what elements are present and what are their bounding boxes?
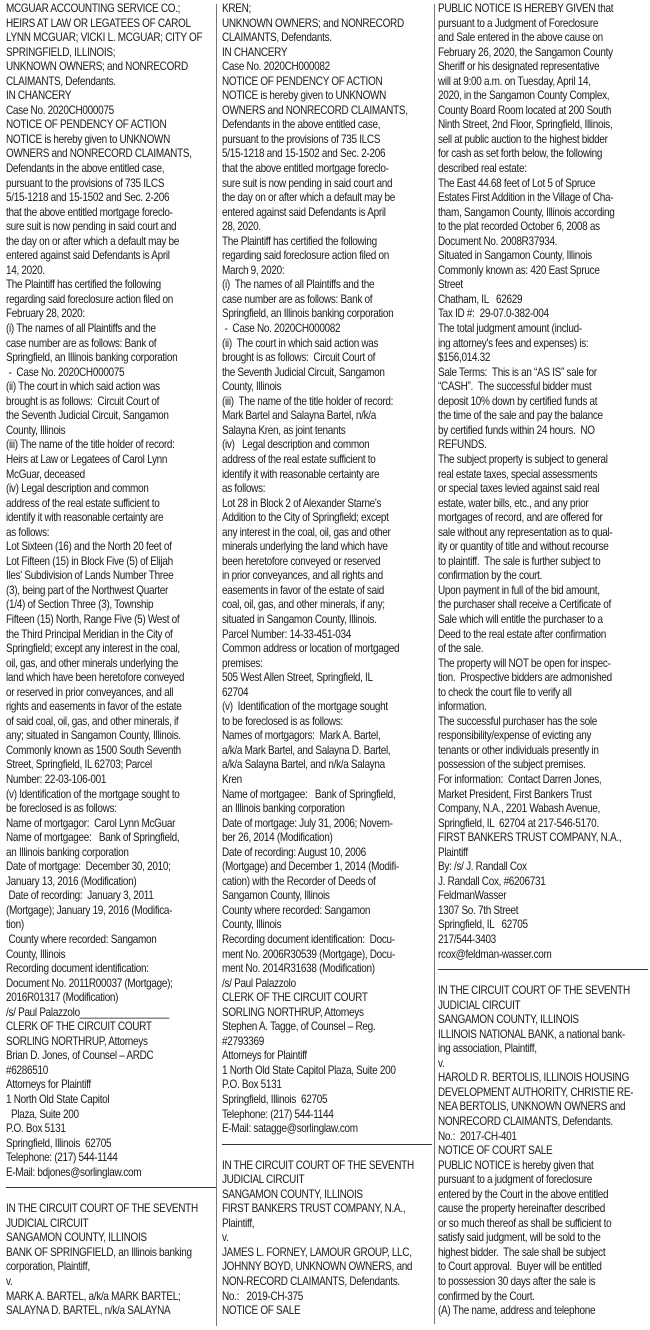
legal-notice: IN THE CIRCUIT COURT OF THE SEVENTHJUDIC… [222,1159,432,1319]
notice-text: described real estate: [438,162,527,177]
notice-text-line: of said coal, oil, gas, and other minera… [6,715,216,730]
notice-text-line: SORLING NORTHRUP, Attorneys [6,1035,216,1050]
notice-text: - Case No. 2020CH000082 [222,322,340,337]
notice-text: Springfield, an Illinois banking corpora… [6,351,177,366]
notice-text: Case No. 2020CH000082 [222,60,330,75]
notice-text-line: the day on or after which a default may … [6,235,216,250]
notice-text-line: pursuant to the provisions of 735 ILCS [222,133,432,148]
notice-text-line: regarding said foreclosure action filed … [222,249,432,264]
notice-text-line: 28, 2020. [222,220,432,235]
notice-text: to possession 30 days after the sale is [438,1275,595,1290]
notice-text-line: County where recorded: Sangamon [222,904,432,919]
notice-text-line: Date of recording: January 3, 2011 [6,889,216,904]
notice-text: Heirs at Law or Legatees of Carol Lynn [6,453,167,468]
notice-text-line: ity or quantity of title and without rec… [438,540,648,555]
notice-text-line: easements in favor of the estate of said [222,584,432,599]
notice-text-line: or reserved in prior conveyances, and al… [6,686,216,701]
notice-text: by certified funds within 24 hours. NO [438,424,595,439]
notice-text: (v) Identification of the mortgage sough… [222,700,388,715]
notice-text-line: The successful purchaser has the sole [438,715,648,730]
notice-text: entered against said Defendants is April [222,206,386,221]
notice-text: satisfy said judgment, will be sold to t… [438,1231,600,1246]
notice-text-line: sure suit is now pending in said court a… [222,177,432,192]
notice-text: SANGAMON COUNTY, ILLINOIS [438,1013,579,1028]
notice-text-line: NEA BERTOLIS, UNKNOWN OWNERS and [438,1100,648,1115]
notice-text-line: confirmation by the court. [438,569,648,584]
notice-text: (iii) The name of the title holder of re… [222,395,393,410]
notice-text: ity or quantity of title and without rec… [438,540,608,555]
notice-text-line: as follows: [6,526,216,541]
notice-text: 28, 2020. [222,220,261,235]
notice-text: to plaintiff. The sale is further subjec… [438,555,600,570]
notice-text: corporation, Plaintiff, [6,1260,90,1275]
notice-text-line: sale without any representation as to qu… [438,526,648,541]
notice-text-line: Kren [222,773,432,788]
notice-text-line: $156,014.32 [438,351,648,366]
notice-text-line: possession of the subject premises. [438,758,648,773]
notice-text: NOTICE OF COURT SALE [438,1144,552,1159]
notice-text-line: deposit 10% down by certified funds at [438,395,648,410]
notice-text: oil, gas, and other minerals underlying … [6,657,178,672]
notice-text: P.O. Box 5131 [6,1122,66,1137]
notice-text: for cash as set forth below, the followi… [438,147,602,162]
notice-text-line: #2793369 [222,1035,432,1050]
notice-text-line: E-Mail: bdjones@sorlinglaw.com [6,1166,216,1181]
notice-text: situated in Sangamon County, Illinois. [222,613,377,628]
notice-text-line: OWNERS and NONRECORD CLAIMANTS, [222,104,432,119]
notice-text-line: Iles' Subdivision of Lands Number Three [6,569,216,584]
notice-text-line: Telephone: (217) 544-1144 [222,1108,432,1123]
notice-text: February 26, 2020, the Sangamon County [438,46,613,61]
notice-text: BANK OF SPRINGFIELD, an Illinois banking [6,1246,192,1261]
notice-text: easements in favor of the estate of said [222,584,384,599]
notice-text: premises: [222,657,263,672]
notice-text: identify it with reasonable certainty ar… [6,511,163,526]
notice-text: (ii) The court in which said action was [6,380,160,395]
notice-text-line: confirmed by the Court. [438,1290,648,1305]
notice-text: Plaza, Suite 200 [6,1108,79,1123]
notice-text-line: Springfield, IL 62705 [438,918,648,933]
notice-text: NONRECORD CLAIMANTS, Defendants. [438,1115,613,1130]
notice-text: or so much thereof as shall be sufficien… [438,1217,611,1232]
notice-text: LYNN MCGUAR; VICKI L. MCGUAR; CITY OF [6,31,202,46]
notice-text-line: FIRST BANKERS TRUST COMPANY, N.A., [438,831,648,846]
notice-text: /s/ Paul Palazzolo_________________ [6,1006,169,1021]
notice-text-line: “CASH”. The successful bidder must [438,380,648,395]
notice-text-line: Names of mortgagors: Mark A. Bartel, [222,729,432,744]
notice-text-line: will at 9:00 a.m. on Tuesday, April 14, [438,75,648,90]
notice-text-line: (iii) The name of the title holder of re… [6,438,216,453]
notice-text: Name of mortgagee: Bank of Springfield, [222,788,395,803]
notice-text: Kren [222,773,242,788]
notice-text-line: to check the court file to verify all [438,686,648,701]
notice-text: Sheriff or his designated representative [438,60,599,75]
notice-text: the purchaser shall receive a Certificat… [438,598,611,613]
notice-text: Lot Fifteen (15) in Block Five (5) of El… [6,555,173,570]
notice-text: Company, N.A., 2201 Wabash Avenue, [438,802,600,817]
notice-text: Telephone: (217) 544-1144 [6,1151,117,1166]
notice-text: SALAYNA D. BARTEL, n/k/a SALAYNA [6,1304,170,1319]
notice-text: deposit 10% down by certified funds at [438,395,597,410]
notice-text: The Plaintiff has certified the followin… [6,278,161,293]
notice-text: DEVELOPMENT AUTHORITY, CHRISTIE RE- [438,1086,633,1101]
notice-text: Sale which will entitle the purchaser to… [438,613,603,628]
notice-text: brought is as follows: Circuit Court of [6,395,159,410]
notice-text: cation) with the Recorder of Deeds of [222,875,375,890]
notice-text: the Seventh Judicial Circuit, Sangamon [222,366,385,381]
notice-text: The property will NOT be open for inspec… [438,657,611,672]
notice-text-line: a/k/a Salayna Bartel, and n/k/a Salayna [222,758,432,773]
notice-text-line: (ii) The court in which said action was [6,380,216,395]
notice-text-line: JAMES L. FORNEY, LAMOUR GROUP, LLC, [222,1246,432,1261]
notice-text-line: 5/15-1218 and 15-1502 and Sec. 2-206 [6,191,216,206]
notice-text: Parcel Number: 14-33-451-034 [222,628,351,643]
notice-text: Telephone: (217) 544-1144 [222,1108,333,1123]
notice-text: to check the court file to verify all [438,686,572,701]
notice-text-line: Defendants in the above entitled case, [222,118,432,133]
notice-text-line: Salayna Kren, as joint tenants [222,424,432,439]
notice-text-line: Estates First Addition in the Village of… [438,191,648,206]
notice-text: or special taxes levied against said rea… [438,482,599,497]
notice-text: cause the property hereinafter described [438,1202,605,1217]
notice-text-line: tion) [6,918,216,933]
notice-text: be foreclosed is as follows: [6,802,117,817]
notice-text: SANGAMON COUNTY, ILLINOIS [222,1188,363,1203]
notice-text-line: PUBLIC NOTICE is hereby given that [438,1159,648,1174]
notice-text-line: NON-RECORD CLAIMANTS, Defendants. [222,1275,432,1290]
notice-text-line: to be foreclosed is as follows: [222,715,432,730]
notice-text: REFUNDS. [438,438,487,453]
notice-text-line: Name of mortgagee: Bank of Springfield, [222,788,432,803]
legal-notice: IN THE CIRCUIT COURT OF THE SEVENTHJUDIC… [438,984,648,1319]
notice-text-line: For information: Contact Darren Jones, [438,773,648,788]
notice-text: case number are as follows: Bank of [222,293,372,308]
notice-text: P.O. Box 5131 [222,1078,282,1093]
notice-text-line: brought is as follows: Circuit Court of [6,395,216,410]
notice-text: FIRST BANKERS TRUST COMPANY, N.A., [438,831,621,846]
notice-text-line: 62704 [222,686,432,701]
notice-text-line: (A) The name, address and telephone [438,1304,648,1319]
legal-notice: KREN;UNKNOWN OWNERS; and NONRECORDCLAIMA… [222,2,432,1137]
notice-text: McGuar, deceased [6,468,85,483]
notice-text: IN CHANCERY [6,89,71,104]
notice-text-line: JUDICIAL CIRCUIT [222,1173,432,1188]
notice-text: as follows: [6,526,49,541]
notice-text-line: IN CHANCERY [222,46,432,61]
notice-text: coal, oil, gas, and other minerals, if a… [222,598,385,613]
notice-text-line: /s/ Paul Palazzolo_________________ [6,1006,216,1021]
notice-text: Sangamon County, Illinois [222,889,330,904]
notice-text-line: the Third Principal Meridian in the City… [6,628,216,643]
notice-text: OWNERS and NONRECORD CLAIMANTS, [222,104,408,119]
notice-text-line: described real estate: [438,162,648,177]
notice-text-line: Lot Fifteen (15) in Block Five (5) of El… [6,555,216,570]
notice-text: Attorneys for Plaintiff [6,1078,91,1093]
notice-text: v. [222,1231,228,1246]
notice-text: CLERK OF THE CIRCUIT COURT [222,991,368,1006]
notice-text-line: in prior conveyances, and all rights and [222,569,432,584]
notice-text-line: an Illinois banking corporation [222,802,432,817]
notice-text: Estates First Addition in the Village of… [438,191,613,206]
notice-text-line: cause the property hereinafter described [438,1202,648,1217]
notice-text-line: Date of mortgage: July 31, 2006; Novem- [222,817,432,832]
notice-text: Springfield, Illinois 62705 [6,1137,111,1152]
notice-text-line: Sale which will entitle the purchaser to… [438,613,648,628]
notice-text-line: Springfield, Illinois 62705 [222,1093,432,1108]
notice-text: Springfield, an Illinois banking corpora… [222,307,393,322]
notice-text: By: /s/ J. Randall Cox [438,860,527,875]
notice-text: regarding said foreclosure action filed … [222,249,389,264]
notice-text: Recording document identification: Docu- [222,933,395,948]
notice-text: ber 26, 2014 (Modification) [222,831,332,846]
notice-text: E-Mail: bdjones@sorlinglaw.com [6,1166,141,1181]
notice-text: that the above entitled mortgage foreclo… [6,206,173,221]
notice-text-line: LYNN MCGUAR; VICKI L. MCGUAR; CITY OF [6,31,216,46]
notice-text: tenants or other individuals presently i… [438,744,599,759]
notice-text: Springfield, IL 62705 [438,918,528,933]
notice-text-line: real estate taxes, special assessments [438,468,648,483]
notice-text-line: MARK A. BARTEL, a/k/a MARK BARTEL; [6,1290,216,1305]
notice-text-line: Sheriff or his designated representative [438,60,648,75]
notice-text-line: Brian D. Jones, of Counsel – ARDC [6,1049,216,1064]
notice-text: Date of recording: August 10, 2006 [222,846,366,861]
notice-text-line: DEVELOPMENT AUTHORITY, CHRISTIE RE- [438,1086,648,1101]
notice-text-line: address of the real estate sufficient to [6,497,216,512]
notice-text-line: Attorneys for Plaintiff [6,1078,216,1093]
notice-text-line: CLAIMANTS, Defendants. [6,75,216,90]
notice-text: JAMES L. FORNEY, LAMOUR GROUP, LLC, [222,1246,412,1261]
notice-text-line: Common address or location of mortgaged [222,642,432,657]
notice-text-line: cation) with the Recorder of Deeds of [222,875,432,890]
notice-text-line: Sangamon County, Illinois [222,889,432,904]
notice-text: case number are as follows: Bank of [6,337,156,352]
notice-text: - Case No. 2020CH000075 [6,366,124,381]
notice-text-line: that the above entitled mortgage foreclo… [222,162,432,177]
notice-text: ing attorney's fees and expenses) is: [438,337,588,352]
notice-text-line: (iv) Legal description and common [222,438,432,453]
notice-text: IN CHANCERY [222,46,287,61]
notice-text-line: highest bidder. The sale shall be subjec… [438,1246,648,1261]
notice-text-line: SANGAMON COUNTY, ILLINOIS [222,1188,432,1203]
notice-text: (i) The names of all Plaintiffs and the [6,322,156,337]
notice-text-line: any interest in the coal, oil, gas and o… [222,526,432,541]
notice-text: 62704 [222,686,248,701]
notice-text-line: tham, Sangamon County, Illinois accordin… [438,206,648,221]
notice-text: Date of mortgage: July 31, 2006; Novem- [222,817,393,832]
notice-text: NEA BERTOLIS, UNKNOWN OWNERS and [438,1100,625,1115]
notice-text-line: oil, gas, and other minerals underlying … [6,657,216,672]
notice-text-line: CLAIMANTS, Defendants. [222,31,432,46]
notice-text: County where recorded: Sangamon [6,933,157,948]
notice-text-line: an Illinois banking corporation [6,846,216,861]
notice-text: IN THE CIRCUIT COURT OF THE SEVENTH [222,1159,414,1174]
notice-text: Brian D. Jones, of Counsel – ARDC [6,1049,153,1064]
notice-text: Defendants in the above entitled case, [6,162,164,177]
notice-text: Addition to the City of Springfield; exc… [222,511,389,526]
notice-text-line: No.: 2017-CH-401 [438,1130,648,1145]
notice-text: (ii) The court in which said action was [222,337,378,352]
notice-text-line: or special taxes levied against said rea… [438,482,648,497]
notice-text: Sale Terms: This is an “AS IS” sale for [438,366,597,381]
notice-text: 14, 2020. [6,264,45,279]
notice-text: the day on or after which a default may … [222,191,395,206]
notice-text-line: Market President, First Bankers Trust [438,788,648,803]
notice-text: FeldmanWasser [438,889,506,904]
notice-text: Tax ID #: 29-07.0-382-004 [438,307,549,322]
notice-text: NOTICE is hereby given to UNKNOWN [6,133,170,148]
notice-text-line: ing attorney's fees and expenses) is: [438,337,648,352]
notice-text-line: - Case No. 2020CH000075 [6,366,216,381]
notice-text: (iii) The name of the title holder of re… [6,438,175,453]
notice-text-line: (3), being part of the Northwest Quarter [6,584,216,599]
notice-text: MCGUAR ACCOUNTING SERVICE CO.; [6,2,180,17]
notice-text-line: 1 North Old State Capitol [6,1093,216,1108]
notice-text-line: Commonly known as: 420 East Spruce [438,264,648,279]
notice-text: (iv) Legal description and common [222,438,369,453]
notice-text: sale without any representation as to qu… [438,526,612,541]
notice-text: the Seventh Judicial Circuit, Sangamon [6,409,169,424]
notice-text-line: sell at public auction to the highest bi… [438,133,648,148]
notice-text: IN THE CIRCUIT COURT OF THE SEVENTH [438,984,630,999]
notice-text-line: information. [438,700,648,715]
notice-text-line: tenants or other individuals presently i… [438,744,648,759]
notice-text-line: identify it with reasonable certainty ar… [222,468,432,483]
notice-text: Upon payment in full of the bid amount, [438,584,600,599]
notice-text-line: Springfield, an Illinois banking corpora… [6,351,216,366]
notice-text-line: address of the real estate sufficient to [222,453,432,468]
notice-text: PUBLIC NOTICE is hereby given that [438,1159,593,1174]
notice-text-line: (Mortgage) and December 1, 2014 (Modifi- [222,860,432,875]
notice-text: $156,014.32 [438,351,490,366]
notice-text-line: CLERK OF THE CIRCUIT COURT [6,1020,216,1035]
notice-text: tham, Sangamon County, Illinois accordin… [438,206,614,221]
notice-text: March 9, 2020: [222,264,284,279]
notice-text: 1307 So. 7th Street [438,904,518,919]
notice-text-line: and Sale entered in the above cause on [438,31,648,46]
notice-text: HAROLD R. BERTOLIS, ILLINOIS HOUSING [438,1071,629,1086]
notice-text: SORLING NORTHRUP, Attorneys [222,1006,364,1021]
notice-text-line: 217/544-3403 [438,933,648,948]
notice-text: Common address or location of mortgaged [222,642,399,657]
notice-text-line: HAROLD R. BERTOLIS, ILLINOIS HOUSING [438,1071,648,1086]
notice-text: sell at public auction to the highest bi… [438,133,608,148]
notice-text: JOHNNY BOYD, UNKNOWN OWNERS, and [222,1260,412,1275]
notice-text: NOTICE is hereby given to UNKNOWN [222,89,386,104]
notice-text-line: Parcel Number: 14-33-451-034 [222,628,432,643]
notice-text-line: BANK OF SPRINGFIELD, an Illinois banking [6,1246,216,1261]
notice-text: Ninth Street, 2nd Floor, Springfield, Il… [438,118,612,133]
notice-text-line: UNKNOWN OWNERS; and NONRECORD [6,60,216,75]
notice-text: #6286510 [6,1064,48,1079]
notice-text-line: The total judgment amount (includ- [438,322,648,337]
notice-text: OWNERS and NONRECORD CLAIMANTS, [6,147,192,162]
notice-text-line: tion. Prospective bidders are admonished [438,671,648,686]
notice-text: #2793369 [222,1035,264,1050]
notice-text: ILLINOIS NATIONAL BANK, a national bank- [438,1028,625,1043]
notice-text: Commonly known as 1500 South Seventh [6,744,181,759]
notice-text-line: (i) The names of all Plaintiffs and the [6,322,216,337]
notice-text-line: Case No. 2020CH000075 [6,104,216,119]
notice-text-line: be foreclosed is as follows: [6,802,216,817]
notice-text: tion. Prospective bidders are admonished [438,671,612,686]
notice-text: KREN; [222,2,251,17]
notice-text-line: NOTICE OF SALE [222,1304,432,1319]
notice-text-line: regarding said foreclosure action filed … [6,293,216,308]
notice-text: CLERK OF THE CIRCUIT COURT [6,1020,152,1035]
notice-text-line: case number are as follows: Bank of [6,337,216,352]
notice-text-line: 1307 So. 7th Street [438,904,648,919]
notice-text-line: to the plat recorded October 6, 2008 as [438,220,648,235]
notice-text: an Illinois banking corporation [6,846,129,861]
notice-text-line: February 26, 2020, the Sangamon County [438,46,648,61]
notice-text-line: REFUNDS. [438,438,648,453]
notice-text-line: CLERK OF THE CIRCUIT COURT [222,991,432,1006]
notice-text-line: Plaintiff, [222,1217,432,1232]
notice-text: Lot Sixteen (16) and the North 20 feet o… [6,540,172,555]
notice-text: 1 North Old State Capitol [6,1093,109,1108]
notice-text: highest bidder. The sale shall be subjec… [438,1246,605,1261]
notice-text: IN THE CIRCUIT COURT OF THE SEVENTH [6,1202,198,1217]
notice-separator [6,1187,216,1188]
notice-text-line: NOTICE is hereby given to UNKNOWN [6,133,216,148]
notice-text: (1/4) of Section Three (3), Township [6,598,153,613]
notice-text-line: Fifteen (15) North, Range Five (5) West … [6,613,216,628]
notice-text-line: brought is as follows: Circuit Court of [222,351,432,366]
notice-text: v. [6,1275,12,1290]
notice-text: address of the real estate sufficient to [6,497,160,512]
notice-text: brought is as follows: Circuit Court of [222,351,375,366]
notice-text-line: 14, 2020. [6,264,216,279]
notice-text-line: Name of mortgagee: Bank of Springfield, [6,831,216,846]
notice-text: land which have been heretofore conveyed [6,671,184,686]
notice-text: identify it with reasonable certainty ar… [222,468,379,483]
notice-text-line: pursuant to the provisions of 735 ILCS [6,177,216,192]
notice-text-line: for cash as set forth below, the followi… [438,147,648,162]
notice-text: February 28, 2020: [6,307,85,322]
notice-text: SPRINGFIELD, ILLINOIS; [6,46,115,61]
notice-text-line: KREN; [222,2,432,17]
legal-notice: MCGUAR ACCOUNTING SERVICE CO.;HEIRS AT L… [6,2,216,1180]
notice-text-line: ment No. 2014R31638 (Modification) [222,962,432,977]
notice-text: Plaintiff [438,846,468,861]
notice-text-line: or so much thereof as shall be sufficien… [438,1217,648,1232]
notice-text-line: the time of the sale and pay the balance [438,409,648,424]
notice-text: Date of recording: January 3, 2011 [6,889,154,904]
legal-notice: PUBLIC NOTICE IS HEREBY GIVEN thatpursua… [438,2,648,962]
notice-text-line: as follows: [222,482,432,497]
notice-text: County, Illinois [222,918,281,933]
notice-text-line: case number are as follows: Bank of [222,293,432,308]
notice-text: the time of the sale and pay the balance [438,409,603,424]
notice-text-line: 1 North Old State Capitol Plaza, Suite 2… [222,1064,432,1079]
notice-text: confirmed by the Court. [438,1290,535,1305]
notice-text-line: The subject property is subject to gener… [438,453,648,468]
notice-text: January 13, 2016 (Modification) [6,875,136,890]
notice-text: tion) [6,918,24,933]
notice-text-line: situated in Sangamon County, Illinois. [222,613,432,628]
notice-text: /s/ Paul Palazzolo [222,977,296,992]
notice-text-line: Springfield, IL 62704 at 217-546-5170. [438,817,648,832]
notice-text: ment No. 2006R30539 (Mortgage), Docu- [222,948,395,963]
notice-text-line: SORLING NORTHRUP, Attorneys [222,1006,432,1021]
notice-text-line: Lot 28 in Block 2 of Alexander Starne's [222,497,432,512]
notice-text-line: the Seventh Judicial Circuit, Sangamon [222,366,432,381]
notice-text-line: Plaintiff [438,846,648,861]
notice-text: (i) The names of all Plaintiffs and the [222,278,374,293]
notice-text: Names of mortgagors: Mark A. Bartel, [222,729,380,744]
notice-text: NOTICE OF PENDENCY OF ACTION [222,75,382,90]
notice-text-line: Springfield; except any interest in the … [6,642,216,657]
